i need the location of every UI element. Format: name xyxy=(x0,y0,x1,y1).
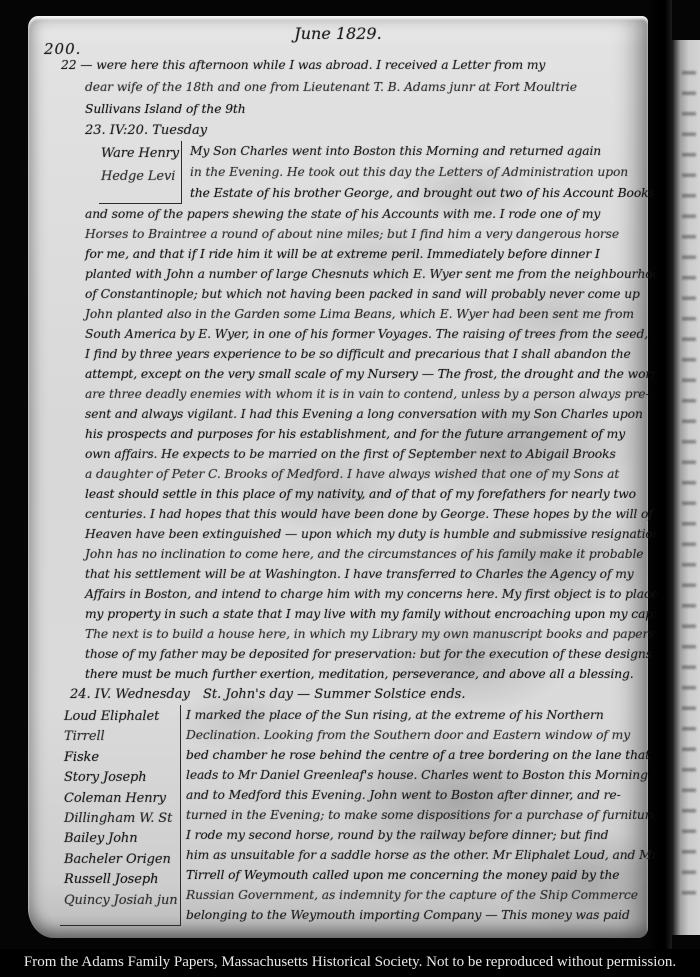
margin-name: Hedge Levi xyxy=(101,165,175,188)
entry24-line: turned in the Evening; to make some disp… xyxy=(186,805,658,825)
entry23-line: centuries. I had hopes that this would h… xyxy=(85,504,647,524)
entry23-line: I find by three years experience to be s… xyxy=(85,344,647,364)
entry22-line: dear wife of the 18th and one from Lieut… xyxy=(85,76,647,98)
entry24-line: bed chamber he rose behind the centre of… xyxy=(186,745,658,765)
manuscript-photo: 200. June 1829. 22 — were here this afte… xyxy=(0,0,700,977)
margin-name: Dillingham W. St xyxy=(64,809,176,829)
entry23-line: John has no inclination to come here, an… xyxy=(85,544,647,564)
entry23-line: for me, and that if I ride him it will b… xyxy=(85,244,647,264)
entry24-line: belonging to the Weymouth importing Comp… xyxy=(186,905,658,925)
entry23-line: The next is to build a house here, in wh… xyxy=(85,624,647,644)
entry22-line: 22 — were here this afternoon while I wa… xyxy=(61,54,647,76)
margin-name: Tirrell xyxy=(64,727,176,747)
entry23-line: My Son Charles went into Boston this Mor… xyxy=(190,141,655,162)
margin-name: Ware Henry xyxy=(101,142,175,165)
entry24-line: I rode my second horse, round by the rai… xyxy=(186,825,658,845)
entry23-line: the Estate of his brother George, and br… xyxy=(190,183,655,204)
entry23-line: in the Evening. He took out this day the… xyxy=(190,162,655,183)
entry23-line: are three deadly enemies with whom it is… xyxy=(85,384,647,404)
entry23-line: a daughter of Peter C. Brooks of Medford… xyxy=(85,464,647,484)
entry23-date-heading: 23. IV:20. Tuesday xyxy=(85,120,647,141)
entry23-line: sent and always vigilant. I had this Eve… xyxy=(85,404,647,424)
entry24-margin-names: Loud EliphaletTirrellFiskeStory JosephCo… xyxy=(60,705,181,926)
entry23-line: South America by E. Wyer, in one of his … xyxy=(85,324,647,344)
facing-page-sliver xyxy=(672,40,700,935)
entry-june-24: 24. IV. Wednesday St. John's day — Summe… xyxy=(85,684,647,926)
margin-name: Bailey John xyxy=(64,829,176,849)
margin-name: Coleman Henry xyxy=(64,789,176,809)
margin-name: Fiske xyxy=(64,748,176,768)
entry23-line: my property in such a state that I may l… xyxy=(85,604,647,624)
book-gutter xyxy=(648,0,672,950)
entry23-body-text: and some of the papers shewing the state… xyxy=(85,204,647,684)
month-header: June 1829. xyxy=(28,24,648,43)
margin-name: Loud Eliphalet xyxy=(64,707,176,727)
entry23-line: John planted also in the Garden some Lim… xyxy=(85,304,647,324)
entry23-line: those of my father may be deposited for … xyxy=(85,644,647,664)
entry24-line: and to Medford this Evening. John went t… xyxy=(186,785,658,805)
entry24-feast-note: St. John's day — Summer Solstice ends. xyxy=(203,684,465,705)
caption-bar: From the Adams Family Papers, Massachuse… xyxy=(0,949,700,977)
entry23-opening-text: My Son Charles went into Boston this Mor… xyxy=(190,141,655,204)
entry23-line: there must be much further exertion, med… xyxy=(85,664,647,684)
entry24-date-heading: 24. IV. Wednesday xyxy=(70,684,203,705)
entry23-line: Horses to Braintree a round of about nin… xyxy=(85,224,647,244)
page-content: 22 — were here this afternoon while I wa… xyxy=(85,54,647,926)
entry23-margin-names: Ware HenryHedge Levi xyxy=(99,141,182,204)
entry-june-23: 23. IV:20. Tuesday Ware HenryHedge Levi … xyxy=(85,120,647,684)
diary-page: 200. June 1829. 22 — were here this afte… xyxy=(28,16,648,938)
margin-name: Bacheler Origen xyxy=(64,850,176,870)
entry23-line: and some of the papers shewing the state… xyxy=(85,204,647,224)
margin-name: Russell Joseph xyxy=(64,870,176,890)
entry23-line: attempt, except on the very small scale … xyxy=(85,364,647,384)
entry23-line: Heaven have been extinguished — upon whi… xyxy=(85,524,647,544)
entry23-line: that his settlement will be at Washingto… xyxy=(85,564,647,584)
entry23-line: his prospects and purposes for his estab… xyxy=(85,424,647,444)
entry24-body-text: I marked the place of the Sun rising, at… xyxy=(186,705,658,926)
margin-name: Quincy Josiah jun xyxy=(64,891,176,911)
entry24-line: I marked the place of the Sun rising, at… xyxy=(186,705,658,725)
entry22-line: Sullivans Island of the 9th xyxy=(85,98,647,120)
entry23-line: Affairs in Boston, and intend to charge … xyxy=(85,584,647,604)
entry23-line: of Constantinople; but which not having … xyxy=(85,284,647,304)
entry24-line: leads to Mr Daniel Greenleaf's house. Ch… xyxy=(186,765,658,785)
entry24-line: Declination. Looking from the Southern d… xyxy=(186,725,658,745)
entry23-line: own affairs. He expects to be married on… xyxy=(85,444,647,464)
entry-june-22: 22 — were here this afternoon while I wa… xyxy=(85,54,647,120)
entry23-line: planted with John a number of large Ches… xyxy=(85,264,647,284)
margin-name: Story Joseph xyxy=(64,768,176,788)
archive-caption: From the Adams Family Papers, Massachuse… xyxy=(0,949,700,975)
entry24-line: Tirrell of Weymouth called upon me conce… xyxy=(186,865,658,885)
entry24-line: him as unsuitable for a saddle horse as … xyxy=(186,845,658,865)
entry24-line: Russian Government, as indemnity for the… xyxy=(186,885,658,905)
entry23-line: least should settle in this place of my … xyxy=(85,484,647,504)
